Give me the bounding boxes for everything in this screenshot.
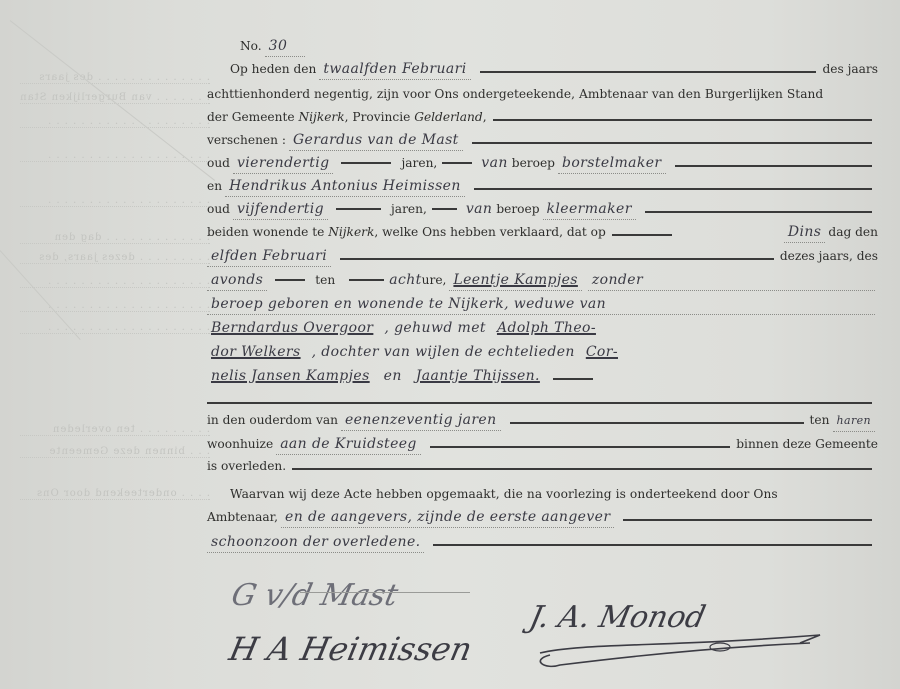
line-1: Op heden den twaalfden Februari des jaar…	[230, 59, 878, 79]
printed-text: , Provincie	[345, 107, 411, 127]
printed-text: ten	[810, 410, 830, 430]
fill-rule	[207, 402, 872, 404]
line-12: Berndardus Overgoor , gehuwd met Adolph …	[207, 318, 878, 338]
line-17: is overleden.	[207, 456, 878, 476]
line-11: beroep geboren en wonende te Nijkerk, we…	[207, 294, 878, 314]
deceased-name: Leentje Kampjes	[449, 270, 581, 291]
printed-text: beroep	[512, 153, 555, 173]
line-4: verschenen : Gerardus van de Mast	[207, 130, 878, 150]
municipality: Nijkerk	[298, 107, 344, 127]
bleed-through-text: . . . . . . . . . . . . . . . . . . . .	[20, 195, 210, 207]
residence: Nijkerk	[328, 222, 374, 242]
line-7: oud vijfendertig jaren, van beroep kleer…	[207, 199, 878, 219]
handwritten-text: , gehuwd met	[380, 318, 490, 338]
fill-rule	[493, 119, 872, 121]
handwritten-text: haren	[833, 411, 876, 432]
signature-flourish	[520, 625, 840, 675]
signature-informant-2: H A Heimissen	[226, 630, 475, 668]
printed-text: oud	[207, 153, 230, 173]
mother-name: Jaantje Thijssen.	[412, 366, 544, 386]
line-2: achttienhonderd negentig, zijn voor Ons …	[207, 84, 878, 104]
bleed-through-text: . . . . . . . . . . . . . . des jaars	[20, 72, 210, 84]
second-spouse-name-cont: dor Welkers	[207, 342, 305, 362]
fill-rule	[623, 519, 872, 521]
printed-text: des jaars	[822, 59, 878, 79]
printed-text: , welke Ons hebben verklaard, dat op	[374, 222, 605, 242]
handwritten-text: van	[462, 199, 496, 219]
fill-rule	[292, 468, 872, 470]
printed-text: ,	[483, 107, 487, 127]
printed-text: der Gemeente	[207, 107, 295, 127]
fill-rule	[442, 162, 472, 164]
father-name-cont: nelis Jansen Kampjes	[207, 366, 374, 386]
fill-rule	[340, 258, 774, 260]
time-of-day: avonds	[207, 270, 267, 291]
first-spouse-name: Berndardus Overgoor	[207, 318, 377, 338]
informant-2-name: Hendrikus Antonius Heimissen	[225, 176, 465, 197]
document-page: . . . . . . . . . . . . . . des jaars . …	[0, 0, 900, 689]
fill-rule	[645, 211, 872, 213]
line-14: nelis Jansen Kampjes en Jaantje Thijssen…	[207, 366, 878, 386]
handwritten-text: van	[477, 153, 511, 173]
number-label: No.	[240, 36, 262, 56]
fill-rule	[432, 208, 457, 210]
registration-date: twaalfden Februari	[319, 59, 470, 80]
printed-text: dag den	[828, 222, 878, 242]
signature-stroke	[300, 592, 470, 593]
bleed-through-text: . . . . . . . . . . . . . . . . . . . .	[20, 322, 210, 334]
relationship-note: schoonzoon der overledene.	[207, 532, 424, 553]
fill-rule	[472, 142, 872, 144]
printed-text: en	[207, 176, 222, 196]
fill-rule	[336, 208, 381, 210]
province: Gelderland	[414, 107, 483, 127]
record-number: 30	[265, 36, 306, 57]
line-20: schoonzoon der overledene.	[207, 532, 878, 552]
line-9: elfden Februari dezes jaars, des	[207, 246, 878, 266]
line-8: beiden wonende te Nijkerk , welke Ons he…	[207, 222, 878, 242]
informant-1-age: vierendertig	[233, 153, 333, 174]
fill-rule	[341, 162, 391, 164]
printed-text: ure,	[422, 270, 447, 290]
line-19: Ambtenaar, en de aangevers, zijnde de ee…	[207, 507, 878, 527]
bleed-through-text: . . . . onderteekend door Ons	[20, 488, 210, 500]
deceased-details: beroep geboren en wonende te Nijkerk, we…	[207, 294, 875, 315]
printed-text: Waarvan wij deze Acte hebben opgemaakt, …	[230, 484, 778, 504]
printed-text: oud	[207, 199, 230, 219]
fill-rule	[553, 378, 593, 380]
line-10: avonds ten acht ure, Leentje Kampjes zon…	[207, 270, 878, 290]
bleed-through-text: . . . . . . . . . . . . . dag den	[20, 232, 210, 244]
fill-rule	[430, 446, 730, 448]
death-address: aan de Kruidsteeg	[276, 434, 421, 455]
printed-text: jaren,	[391, 199, 427, 219]
printed-text: Ambtenaar,	[207, 507, 278, 527]
informant-2-occupation: kleermaker	[543, 199, 636, 220]
father-name: Cor-	[582, 342, 875, 362]
line-16: woonhuize aan de Kruidsteeg binnen deze …	[207, 434, 878, 454]
printed-text: beiden wonende te	[207, 222, 324, 242]
line-6: en Hendrikus Antonius Heimissen	[207, 176, 878, 196]
bleed-through-text: . . . . . . . . . . . . . . . . . . . .	[20, 276, 210, 288]
fill-rule	[433, 544, 872, 546]
fill-rule	[612, 234, 672, 236]
printed-text: binnen deze Gemeente	[736, 434, 878, 454]
record-number-line: No. 30	[240, 36, 878, 56]
printed-text: dezes jaars, des	[780, 246, 878, 266]
fill-rule	[349, 279, 384, 281]
printed-text: verschenen :	[207, 130, 286, 150]
deceased-age: eenenzeventig jaren	[341, 410, 501, 431]
fill-rule	[510, 422, 804, 424]
signature-informant-1: G v/d Mast	[228, 578, 401, 613]
death-date: elfden Februari	[207, 246, 331, 267]
line-14b	[207, 390, 878, 410]
bleed-through-text: . . . . . . . . . dezes jaars, des	[20, 252, 210, 264]
second-spouse-name: Adolph Theo-	[493, 318, 875, 338]
bleed-through-text: . . . . . . . . . . . . . . . . . . . .	[20, 150, 210, 162]
printed-text: woonhuize	[207, 434, 273, 454]
line-13: dor Welkers , dochter van wijlen de echt…	[207, 342, 878, 362]
bleed-through-text: . . . . . . . . . . . . . . . . . . . .	[20, 116, 210, 128]
printed-text: in den ouderdom van	[207, 410, 338, 430]
fill-rule	[474, 188, 872, 190]
death-hour: acht	[389, 270, 421, 290]
printed-text: jaren,	[401, 153, 437, 173]
handwritten-text: en	[380, 366, 406, 386]
line-5: oud vierendertig jaren, van beroep borst…	[207, 153, 878, 173]
fill-rule	[675, 165, 872, 167]
printed-text: achttienhonderd negentig, zijn voor Ons …	[207, 84, 823, 104]
printed-text: ten	[315, 270, 335, 290]
death-weekday: Dins	[784, 222, 826, 243]
fill-rule	[480, 71, 817, 73]
printed-text: Op heden den	[230, 59, 316, 79]
informant-1-name: Gerardus van de Mast	[289, 130, 463, 151]
handwritten-text: , dochter van wijlen de echtelieden	[308, 342, 579, 362]
bleed-through-text: . . . . . . . . . ten overleden	[20, 424, 210, 436]
signatories-note: en de aangevers, zijnde de eerste aangev…	[281, 507, 614, 528]
handwritten-text: zonder	[588, 270, 875, 291]
informant-1-occupation: borstelmaker	[558, 153, 666, 174]
fill-rule	[275, 279, 305, 281]
bleed-through-text: . . . binnen deze Gemeente	[20, 446, 210, 458]
line-15: in den ouderdom van eenenzeventig jaren …	[207, 410, 878, 430]
printed-text: beroep	[496, 199, 539, 219]
informant-2-age: vijfendertig	[233, 199, 328, 220]
line-18: Waarvan wij deze Acte hebben opgemaakt, …	[230, 484, 878, 504]
line-3: der Gemeente Nijkerk , Provincie Gelderl…	[207, 107, 878, 127]
printed-text: is overleden.	[207, 456, 286, 476]
